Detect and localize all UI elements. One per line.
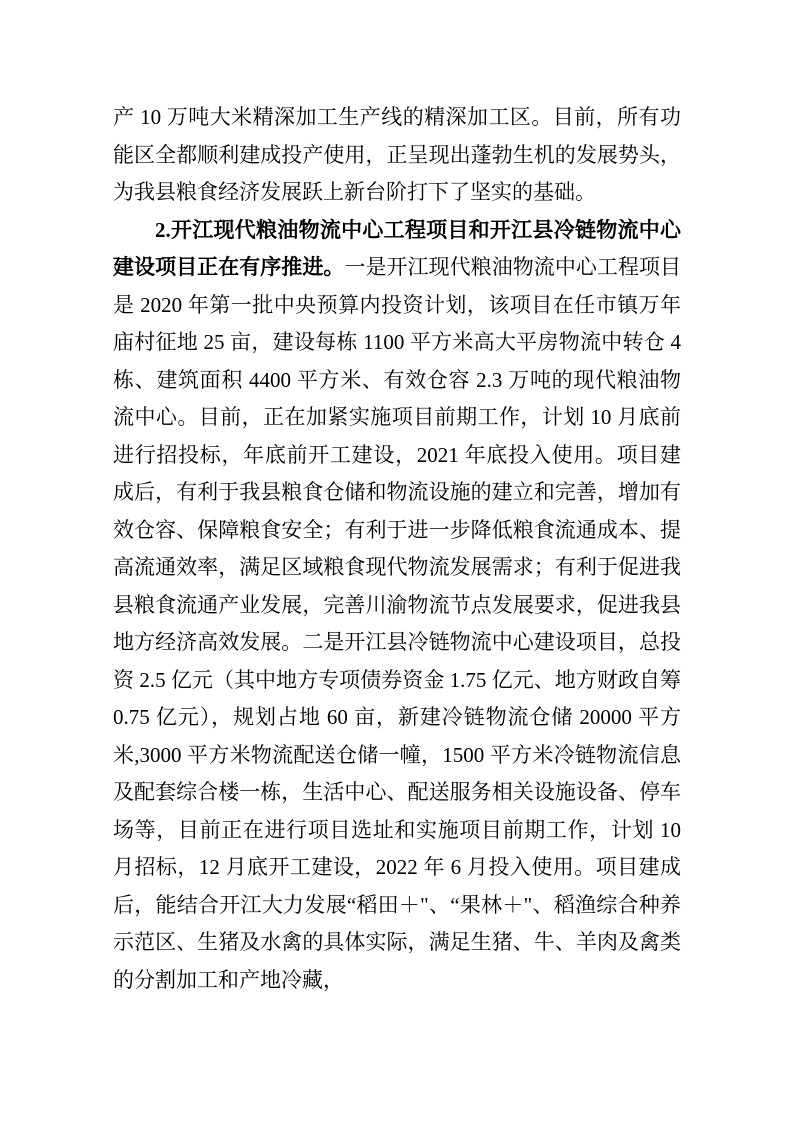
body-text: 产 10 万吨大米精深加工生产线的精深加工区。目前，所有功能区全都顺利建成投产使… bbox=[113, 105, 681, 204]
paragraph-continuation: 产 10 万吨大米精深加工生产线的精深加工区。目前，所有功能区全都顺利建成投产使… bbox=[113, 99, 681, 212]
document-page: 产 10 万吨大米精深加工生产线的精深加工区。目前，所有功能区全都顺利建成投产使… bbox=[0, 0, 793, 1122]
body-text: 一是开江现代粮油物流中心工程项目是 2020 年第一批中央预算内投资计划，该项目… bbox=[113, 255, 681, 992]
paragraph-section-2: 2.开江现代粮油物流中心工程项目和开江县冷链物流中心建设项目正在有序推进。一是开… bbox=[113, 212, 681, 1000]
